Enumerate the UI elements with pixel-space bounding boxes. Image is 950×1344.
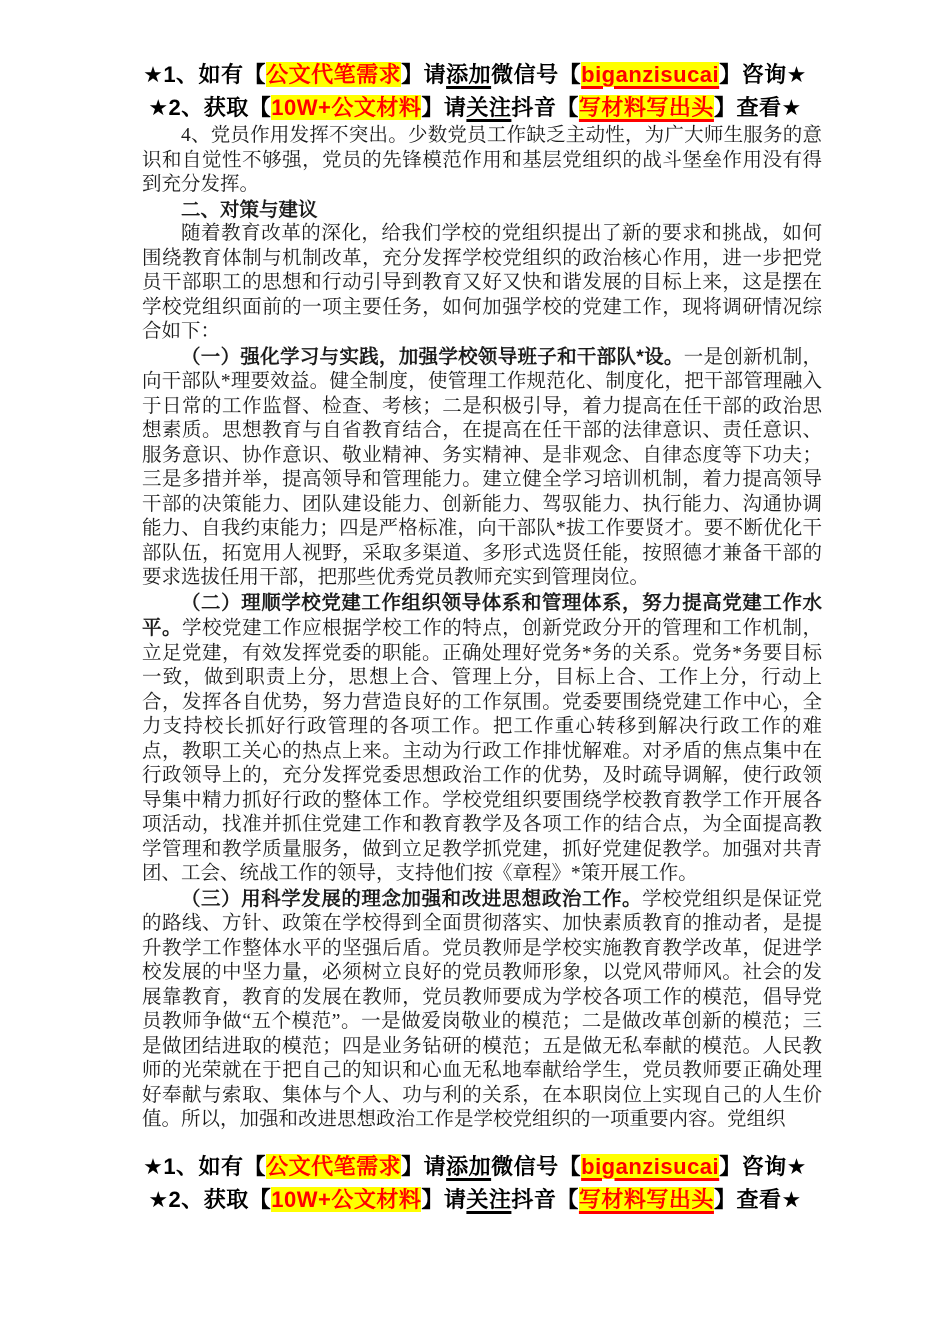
section-1-lead: （一）强化学习与实践，加强学校领导班子和干部队*设。: [181, 346, 684, 368]
promo-douyin-id: 写材料写出头: [579, 95, 714, 120]
promo-action-follow: 关注: [466, 1187, 511, 1212]
promo-action-follow: 关注: [466, 95, 511, 120]
promo-text-segment: 抖音【: [511, 95, 579, 120]
promo-prefix-1: ★1、如有【: [143, 1154, 266, 1179]
promo-wechat-id: biganzisucai: [581, 62, 719, 87]
promo-douyin-id: 写材料写出头: [579, 1187, 714, 1212]
promo-text-segment: 】请: [401, 62, 446, 87]
document-page: ★1、如有【公文代笔需求】请添加微信号【biganzisucai】咨询★ ★2、…: [0, 0, 950, 1344]
promo-text-segment: 】请: [401, 1154, 446, 1179]
promo-line-3: ★1、如有【公文代笔需求】请添加微信号【biganzisucai】咨询★: [0, 1150, 950, 1183]
promo-suffix-1: 】咨询★: [719, 1154, 807, 1179]
section-paragraph-2: （二）理顺学校党建工作组织领导体系和管理体系，努力提高党建工作水平。学校党建工作…: [142, 591, 822, 887]
promo-text-segment: 微信号【: [491, 62, 581, 87]
promo-prefix-2: ★2、获取【: [148, 95, 271, 120]
document-body: 4、党员作用发挥不突出。少数党员工作缺乏主动性，为广大师生服务的意识和自觉性不够…: [142, 124, 822, 1133]
section-paragraph-1: （一）强化学习与实践，加强学校领导班子和干部队*设。一是创新机制，向干部队*理要…: [142, 345, 822, 591]
promo-prefix-2: ★2、获取【: [148, 1187, 271, 1212]
promo-suffix-2: 】查看★: [714, 1187, 802, 1212]
promo-prefix-1: ★1、如有【: [143, 62, 266, 87]
promo-suffix-2: 】查看★: [714, 95, 802, 120]
section-3-body: 学校党组织是保证党的路线、方针、政策在学校得到全面贯彻落实、加快素质教育的推动者…: [142, 889, 822, 1131]
promo-keyword-materials: 10W+公文材料: [271, 1187, 421, 1212]
promo-line-4: ★2、获取【10W+公文材料】请关注抖音【写材料写出头】查看★: [0, 1183, 950, 1216]
promo-action-add: 添加: [446, 1154, 491, 1179]
promo-keyword-writing-service: 公文代笔需求: [266, 1154, 401, 1179]
promo-text-segment: 微信号【: [491, 1154, 581, 1179]
promo-keyword-writing-service: 公文代笔需求: [266, 62, 401, 87]
promo-action-add: 添加: [446, 62, 491, 87]
promo-text-segment: 抖音【: [511, 1187, 579, 1212]
promo-line-1: ★1、如有【公文代笔需求】请添加微信号【biganzisucai】咨询★: [0, 58, 950, 91]
section-2-body: 学校党建工作应根据学校工作的特点，创新党政分开的管理和工作机制，立足党建，有效发…: [142, 618, 822, 884]
paragraph-party-member-weakness: 4、党员作用发挥不突出。少数党员工作缺乏主动性，为广大师生服务的意识和自觉性不够…: [142, 124, 822, 198]
promo-text-segment: 】请: [421, 1187, 466, 1212]
promo-line-2: ★2、获取【10W+公文材料】请关注抖音【写材料写出头】查看★: [0, 91, 950, 124]
section-1-body: 一是创新机制，向干部队*理要效益。健全制度，使管理工作规范化、制度化，把干部管理…: [142, 347, 822, 589]
section-heading-countermeasures: 二、对策与建议: [142, 198, 822, 223]
promo-keyword-materials: 10W+公文材料: [271, 95, 421, 120]
section-paragraph-3: （三）用科学发展的理念加强和改进思想政治工作。学校党组织是保证党的路线、方针、政…: [142, 887, 822, 1133]
promo-banner-bottom: ★1、如有【公文代笔需求】请添加微信号【biganzisucai】咨询★ ★2、…: [0, 1150, 950, 1216]
promo-banner-top: ★1、如有【公文代笔需求】请添加微信号【biganzisucai】咨询★ ★2、…: [0, 58, 950, 124]
paragraph-overview: 随着教育改革的深化，给我们学校的党组织提出了新的要求和挑战，如何围绕教育体制与机…: [142, 222, 822, 345]
promo-wechat-id: biganzisucai: [581, 1154, 719, 1179]
section-3-lead: （三）用科学发展的理念加强和改进思想政治工作。: [181, 888, 642, 910]
promo-text-segment: 】请: [421, 95, 466, 120]
promo-suffix-1: 】咨询★: [719, 62, 807, 87]
